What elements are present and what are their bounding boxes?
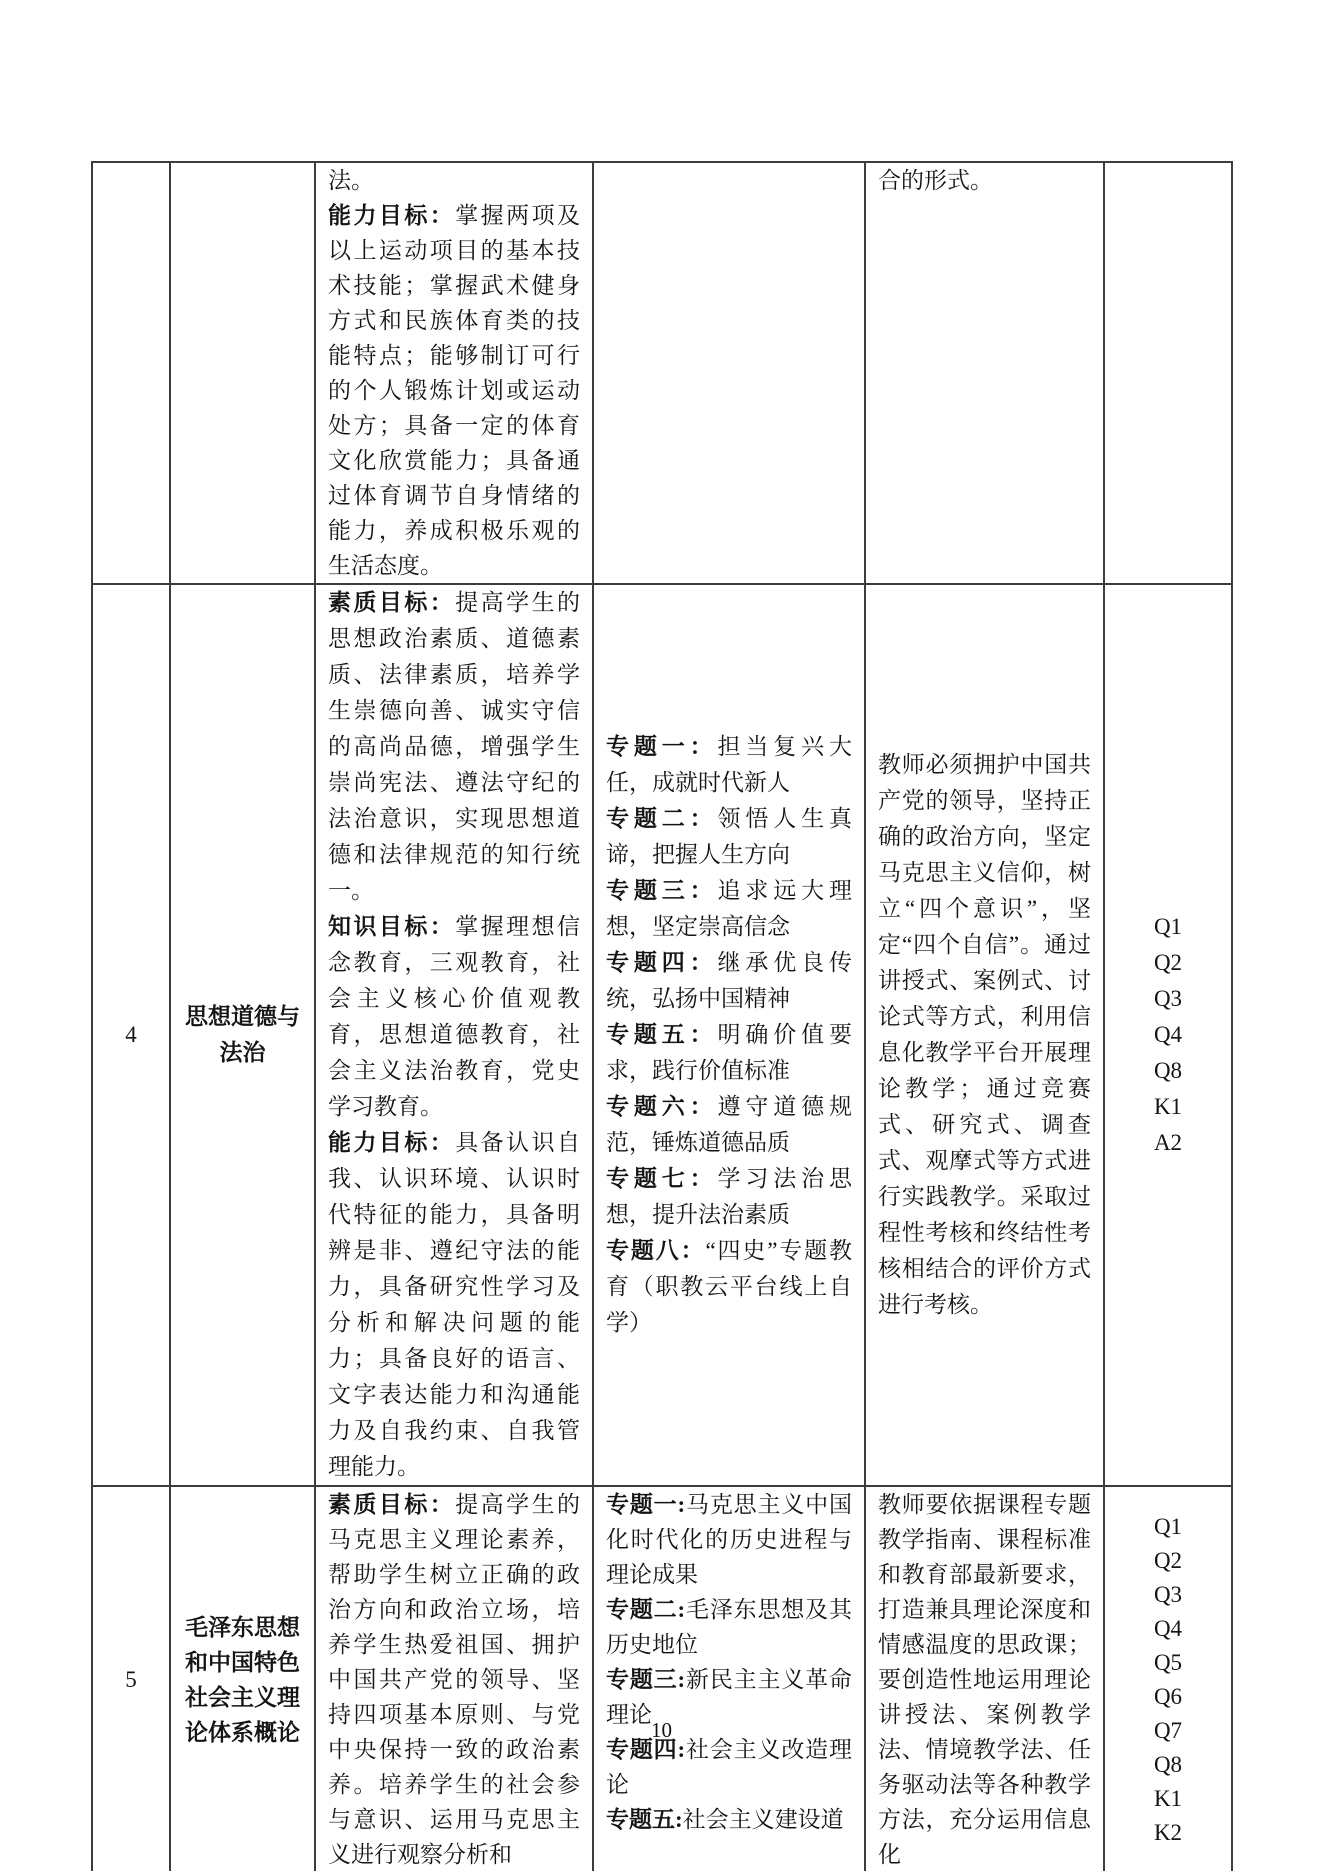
- requirement-code: Q1: [1117, 1510, 1219, 1544]
- cell-course-name: 毛泽东思想和中国特色社会主义理论体系概论: [170, 1486, 315, 1871]
- requirement-code: K2: [1117, 1816, 1219, 1850]
- methods-text: 教师要依据课程专题教学指南、课程标准和教育部最新要求，打造兼具理论深度和情感温度…: [878, 1487, 1091, 1871]
- cell-teaching-methods: 合的形式。: [865, 162, 1104, 584]
- codes-list: Q1Q2Q3Q4Q8K1A2: [1117, 909, 1219, 1161]
- requirement-code: A2: [1117, 1125, 1219, 1161]
- requirement-code: Q6: [1117, 1680, 1219, 1714]
- method-paragraph: 合的形式。: [878, 163, 1091, 198]
- topic-item: 专题五:社会主义建设道: [606, 1802, 852, 1837]
- method-paragraph: 教师要依据课程专题教学指南、课程标准和教育部最新要求，打造兼具理论深度和情感温度…: [878, 1487, 1091, 1871]
- requirement-code: Q4: [1117, 1017, 1219, 1053]
- topic-item: 专题二:毛泽东思想及其历史地位: [606, 1592, 852, 1662]
- cell-requirement-codes: Q1Q2Q3Q4Q5Q6Q7Q8K1K2: [1104, 1486, 1232, 1871]
- goals-text: 素质目标：提高学生的思想政治素质、道德素质、法律素质，培养学生崇德向善、诚实守信…: [328, 585, 580, 1485]
- cell-number: 5: [92, 1486, 170, 1871]
- cell-course-name: 思想道德与法治: [170, 584, 315, 1486]
- cell-course-topics: 专题一:马克思主义中国化时代化的历史进程与理论成果专题二:毛泽东思想及其历史地位…: [593, 1486, 865, 1871]
- table-row-5: 5 毛泽东思想和中国特色社会主义理论体系概论 素质目标：提高学生的马克思主义理论…: [92, 1486, 1232, 1871]
- requirement-code: Q3: [1117, 1578, 1219, 1612]
- cell-course-goals: 素质目标：提高学生的思想政治素质、道德素质、法律素质，培养学生崇德向善、诚实守信…: [315, 584, 593, 1486]
- cell-course-goals: 法。能力目标：掌握两项及以上运动项目的基本技术技能；掌握武术健身方式和民族体育类…: [315, 162, 593, 584]
- topic-item: 专题三：追求远大理想，坚定崇高信念: [606, 873, 852, 945]
- cell-number: 4: [92, 584, 170, 1486]
- goal-paragraph: 知识目标：掌握理想信念教育，三观教育，社会主义核心价值观教育，思想道德教育，社会…: [328, 909, 580, 1125]
- topic-item: 专题四：继承优良传统，弘扬中国精神: [606, 945, 852, 1017]
- goals-text: 素质目标：提高学生的马克思主义理论素养，帮助学生树立正确的政治方向和政治立场，培…: [328, 1487, 580, 1871]
- goals-text: 法。能力目标：掌握两项及以上运动项目的基本技术技能；掌握武术健身方式和民族体育类…: [328, 163, 580, 583]
- cell-course-goals: 素质目标：提高学生的马克思主义理论素养，帮助学生树立正确的政治方向和政治立场，培…: [315, 1486, 593, 1871]
- goal-paragraph: 能力目标：具备认识自我、认识环境、认识时代特征的能力，具备明辨是非、遵纪守法的能…: [328, 1125, 580, 1485]
- cell-course-name: [170, 162, 315, 584]
- topics-list: 专题一:马克思主义中国化时代化的历史进程与理论成果专题二:毛泽东思想及其历史地位…: [606, 1487, 852, 1837]
- topic-item: 专题二：领悟人生真谛，把握人生方向: [606, 801, 852, 873]
- requirement-code: Q5: [1117, 1646, 1219, 1680]
- topic-item: 专题八：“四史”专题教育（职教云平台线上自学）: [606, 1233, 852, 1341]
- goal-paragraph: 法。: [328, 163, 580, 198]
- page-number: 10: [0, 1716, 1323, 1744]
- requirement-code: Q8: [1117, 1053, 1219, 1089]
- requirement-code: Q4: [1117, 1612, 1219, 1646]
- cell-number: [92, 162, 170, 584]
- table-row-4: 4 思想道德与法治 素质目标：提高学生的思想政治素质、道德素质、法律素质，培养学…: [92, 584, 1232, 1486]
- cell-requirement-codes: [1104, 162, 1232, 584]
- cell-requirement-codes: Q1Q2Q3Q4Q8K1A2: [1104, 584, 1232, 1486]
- cell-course-topics: 专题一：担当复兴大任，成就时代新人专题二：领悟人生真谛，把握人生方向专题三：追求…: [593, 584, 865, 1486]
- topic-item: 专题一：担当复兴大任，成就时代新人: [606, 729, 852, 801]
- requirement-code: Q1: [1117, 909, 1219, 945]
- goal-paragraph: 素质目标：提高学生的马克思主义理论素养，帮助学生树立正确的政治方向和政治立场，培…: [328, 1487, 580, 1871]
- cell-teaching-methods: 教师要依据课程专题教学指南、课程标准和教育部最新要求，打造兼具理论深度和情感温度…: [865, 1486, 1104, 1871]
- goal-paragraph: 能力目标：掌握两项及以上运动项目的基本技术技能；掌握武术健身方式和民族体育类的技…: [328, 198, 580, 583]
- document-page: 法。能力目标：掌握两项及以上运动项目的基本技术技能；掌握武术健身方式和民族体育类…: [0, 0, 1323, 1871]
- methods-text: 合的形式。: [878, 163, 1091, 198]
- topic-item: 专题七：学习法治思想，提升法治素质: [606, 1161, 852, 1233]
- curriculum-table: 法。能力目标：掌握两项及以上运动项目的基本技术技能；掌握武术健身方式和民族体育类…: [91, 161, 1233, 1871]
- requirement-code: K1: [1117, 1089, 1219, 1125]
- methods-text: 教师必须拥护中国共产党的领导，坚持正确的政治方向，坚定马克思主义信仰，树立“四个…: [878, 747, 1091, 1323]
- topic-item: 专题一:马克思主义中国化时代化的历史进程与理论成果: [606, 1487, 852, 1592]
- method-paragraph: 教师必须拥护中国共产党的领导，坚持正确的政治方向，坚定马克思主义信仰，树立“四个…: [878, 747, 1091, 1323]
- cell-teaching-methods: 教师必须拥护中国共产党的领导，坚持正确的政治方向，坚定马克思主义信仰，树立“四个…: [865, 584, 1104, 1486]
- codes-list: Q1Q2Q3Q4Q5Q6Q7Q8K1K2: [1117, 1510, 1219, 1850]
- topic-item: 专题六：遵守道德规范，锤炼道德品质: [606, 1089, 852, 1161]
- cell-course-topics: [593, 162, 865, 584]
- requirement-code: Q2: [1117, 1544, 1219, 1578]
- requirement-code: Q3: [1117, 981, 1219, 1017]
- requirement-code: Q8: [1117, 1748, 1219, 1782]
- table-row-continuation: 法。能力目标：掌握两项及以上运动项目的基本技术技能；掌握武术健身方式和民族体育类…: [92, 162, 1232, 584]
- requirement-code: Q2: [1117, 945, 1219, 981]
- requirement-code: K1: [1117, 1782, 1219, 1816]
- topics-list: 专题一：担当复兴大任，成就时代新人专题二：领悟人生真谛，把握人生方向专题三：追求…: [606, 729, 852, 1341]
- goal-paragraph: 素质目标：提高学生的思想政治素质、道德素质、法律素质，培养学生崇德向善、诚实守信…: [328, 585, 580, 909]
- topic-item: 专题五：明确价值要求，践行价值标准: [606, 1017, 852, 1089]
